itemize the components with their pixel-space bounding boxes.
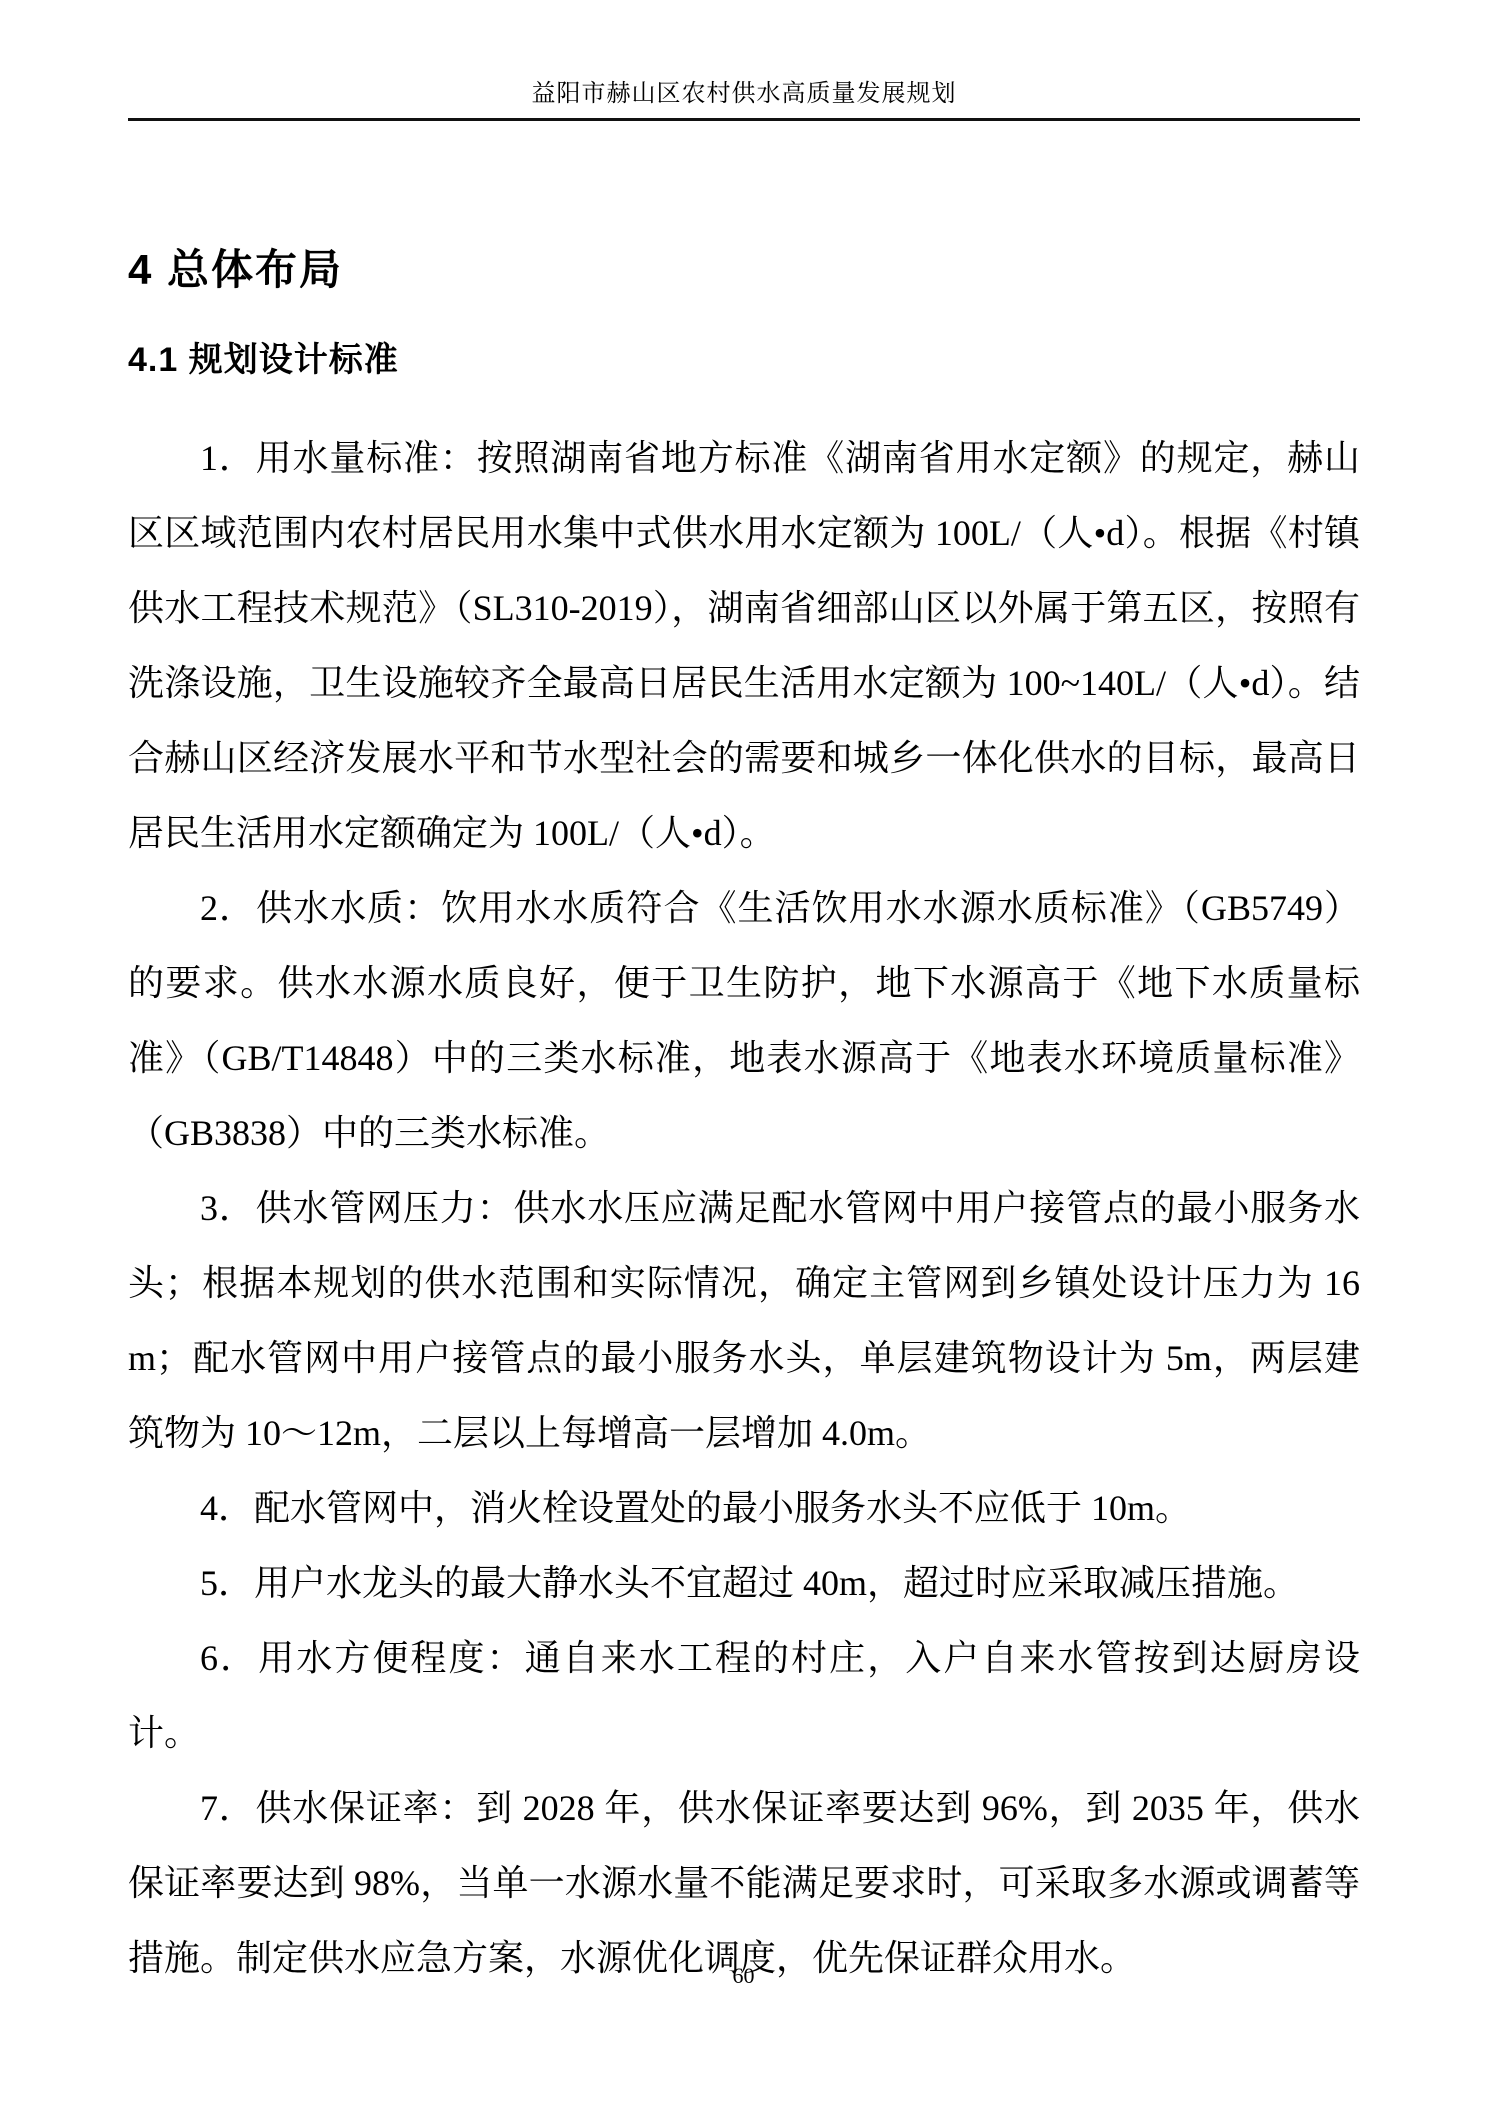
paragraph-max-static-head: 5．用户水龙头的最大静水头不宜超过 40m，超过时应采取减压措施。 — [128, 1546, 1360, 1621]
paragraph-fire-hydrant-head: 4．配水管网中，消火栓设置处的最小服务水头不应低于 10m。 — [128, 1471, 1360, 1546]
paragraph-network-pressure: 3．供水管网压力：供水水压应满足配水管网中用户接管点的最小服务水头；根据本规划的… — [128, 1171, 1360, 1471]
section-heading: 4.1 规划设计标准 — [128, 339, 1360, 381]
body-text: 1．用水量标准：按照湖南省地方标准《湖南省用水定额》的规定，赫山区区域范围内农村… — [128, 381, 1360, 1996]
chapter-heading: 4 总体布局 — [128, 245, 1360, 295]
page-footer: 60 — [0, 1963, 1487, 1989]
running-title: 益阳市赫山区农村供水高质量发展规划 — [532, 81, 957, 107]
paragraph-water-quality: 2．供水水质：饮用水水质符合《生活饮用水水源水质标准》（GB5749）的要求。供… — [128, 871, 1360, 1171]
page-header: 益阳市赫山区农村供水高质量发展规划 — [128, 0, 1360, 121]
paragraph-water-quantity-standard: 1．用水量标准：按照湖南省地方标准《湖南省用水定额》的规定，赫山区区域范围内农村… — [128, 421, 1360, 871]
paragraph-water-convenience: 6．用水方便程度：通自来水工程的村庄，入户自来水管按到达厨房设计。 — [128, 1621, 1360, 1771]
document-page: 益阳市赫山区农村供水高质量发展规划 4 总体布局 4.1 规划设计标准 1．用水… — [0, 0, 1487, 2105]
page-number: 60 — [733, 1963, 755, 1988]
